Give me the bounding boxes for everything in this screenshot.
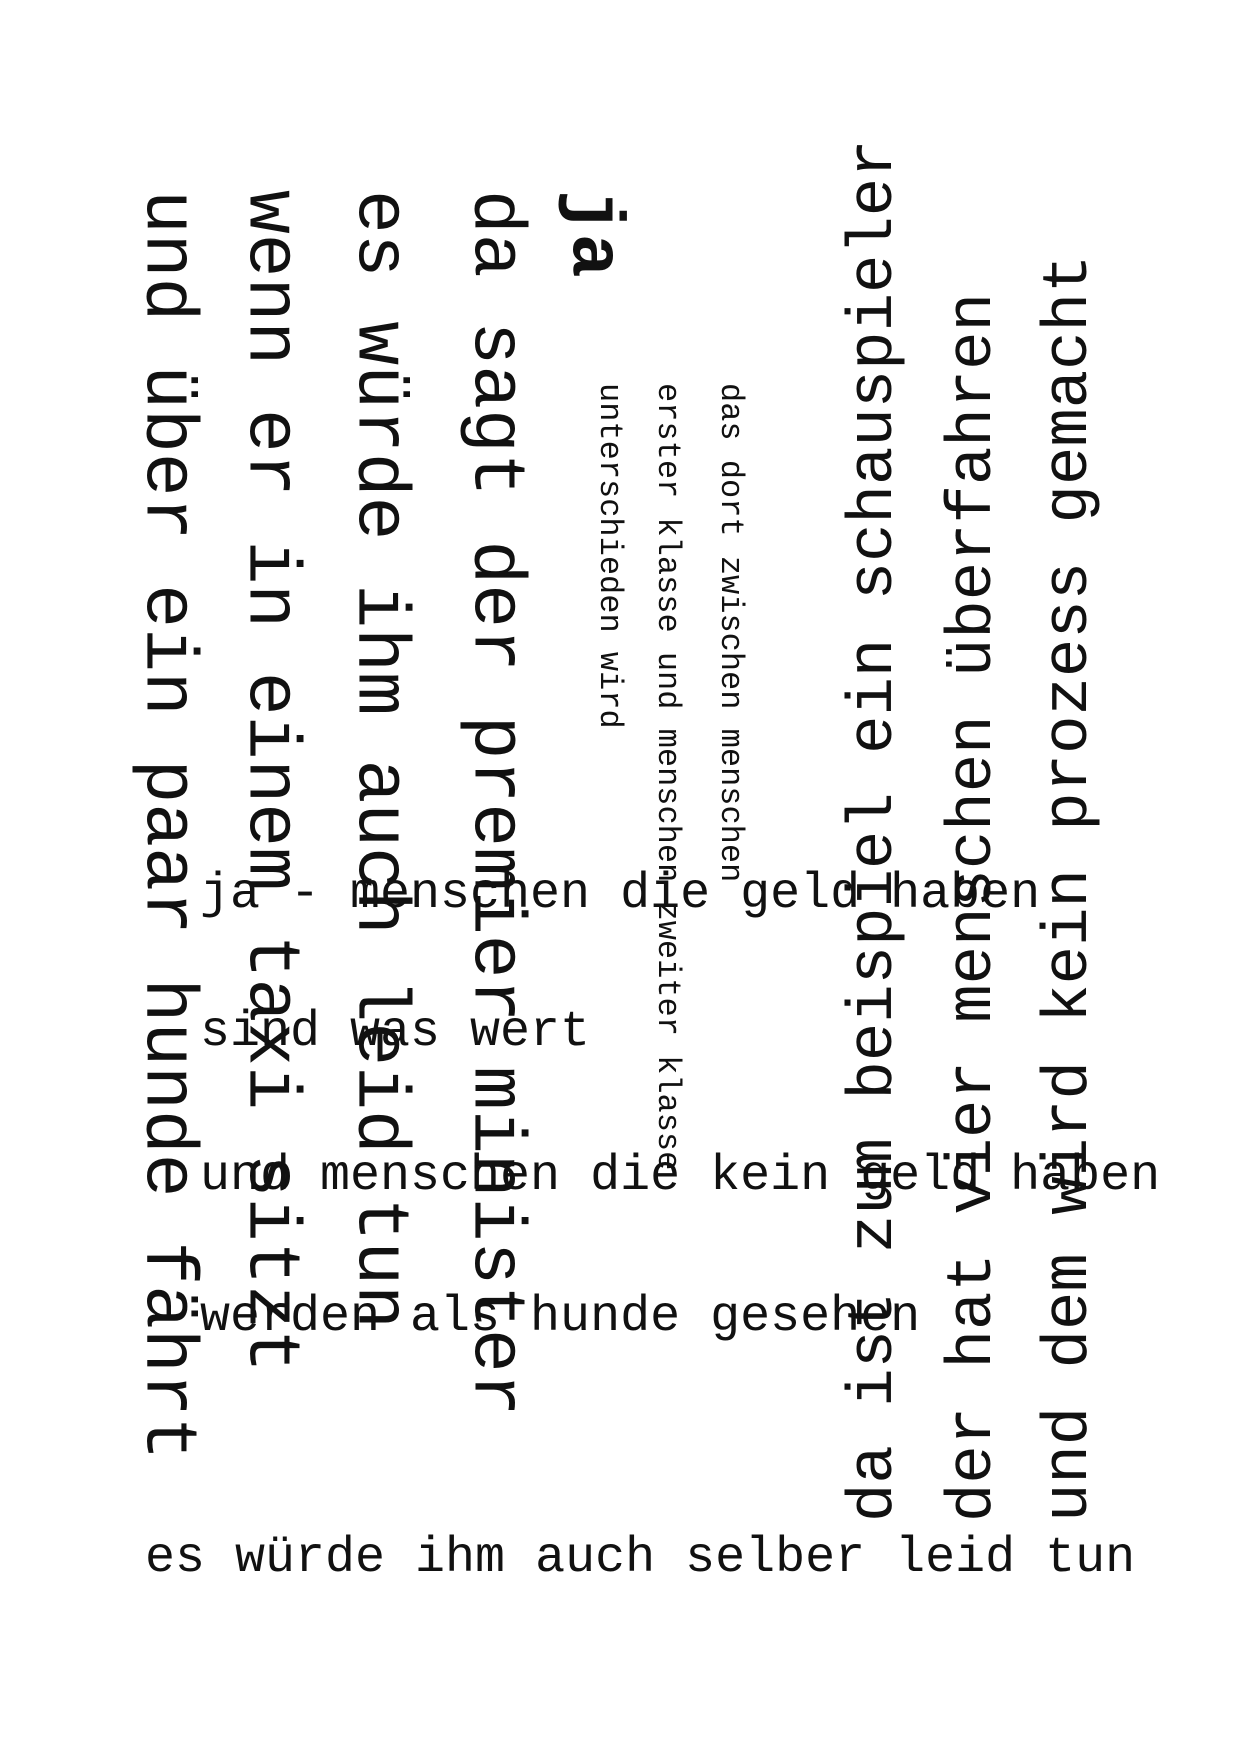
horizontal-line-4: werden als hunde gesehen: [200, 1293, 920, 1343]
vertical-line-und-ueber: und über ein paar hunde fährt: [131, 190, 204, 1460]
horizontal-line-3: und menschen die kein geld haben: [200, 1152, 1160, 1202]
bottom-line: es würde ihm auch selber leid tun: [145, 1534, 1135, 1584]
vertical-line-das-dort: das dort zwischen menschen: [714, 383, 746, 882]
vertical-line-erster-klasse: erster klasse und menschen zweiter klass…: [651, 383, 683, 1170]
vertical-line-und-dem: und dem wird kein prozess gemacht: [1038, 255, 1102, 1522]
typewriter-poem-page: und über ein paar hunde fährt wenn er in…: [0, 0, 1240, 1748]
horizontal-line-1: ja - menschen die geld haben: [200, 870, 1040, 920]
vertical-line-da-sagt: da sagt der premier minister: [459, 190, 532, 1417]
horizontal-line-2: sind was wert: [200, 1008, 590, 1058]
vertical-line-unterschieden: unterschieden wird: [593, 383, 625, 729]
vertical-line-ja: ja: [557, 190, 630, 278]
